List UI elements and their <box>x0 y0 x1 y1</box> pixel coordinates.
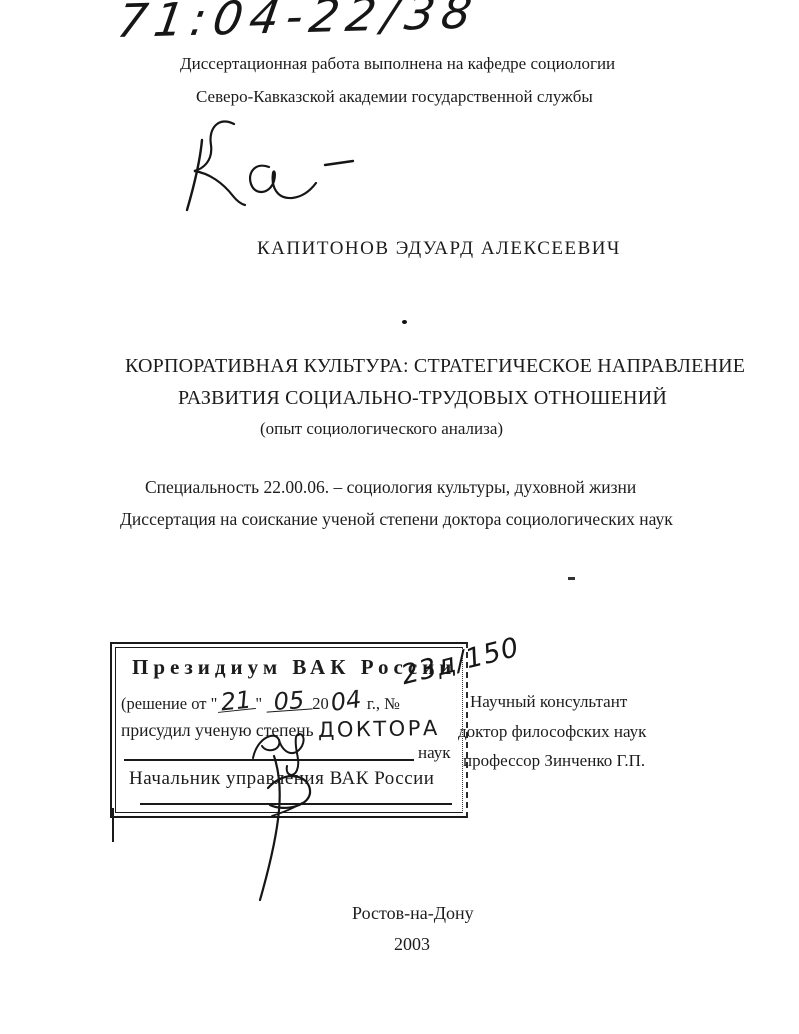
awarded-suffix: наук <box>418 743 451 763</box>
affiliation-line-1: Диссертационная работа выполнена на кафе… <box>180 54 615 74</box>
degree-seek-line: Диссертация на соискание ученой степени … <box>120 509 673 530</box>
official-signature-icon <box>232 748 322 908</box>
specialty-line: Специальность 22.00.06. – социология кул… <box>145 477 636 498</box>
stamp-decision-line: (решение от "21" 052004 г., № <box>121 692 400 714</box>
decision-after-year: г., № <box>367 694 400 713</box>
title-subtitle: (опыт социологического анализа) <box>260 419 503 439</box>
ink-dot <box>402 320 407 324</box>
title-line-2: РАЗВИТИЯ СОЦИАЛЬНО-ТРУДОВЫХ ОТНОШЕНИЙ <box>178 387 667 410</box>
author-signature-icon <box>172 120 372 225</box>
decision-prefix: (решение от " <box>121 694 217 713</box>
catalog-number-handwritten: 71:04-22/38 <box>114 0 482 48</box>
year: 2003 <box>394 934 430 955</box>
consultant-line-3: профессор Зинченко Г.П. <box>463 751 645 771</box>
author-name: КАПИТОНОВ ЭДУАРД АЛЕКСЕЕВИЧ <box>257 238 621 260</box>
consultant-line-1: Научный консультант <box>470 692 627 712</box>
decision-month-handwritten: 05 <box>266 690 313 712</box>
decision-quote: " <box>255 694 262 713</box>
decision-year-printed: 20 <box>312 694 329 713</box>
decision-year-handwritten: 04 <box>328 690 364 713</box>
dissertation-title-page: 71:04-22/38 Диссертационная работа выпол… <box>0 0 799 1034</box>
decision-day-handwritten: 21 <box>216 690 256 713</box>
city: Ростов-на-Дону <box>352 903 474 924</box>
consultant-line-2: доктор философских наук <box>458 722 646 742</box>
title-line-1: КОРПОРАТИВНАЯ КУЛЬТУРА: СТРАТЕГИЧЕСКОЕ Н… <box>125 355 745 378</box>
stray-ink-tick <box>112 808 114 842</box>
scan-speck <box>568 577 575 580</box>
affiliation-line-2: Северо-Кавказской академии государственн… <box>196 87 593 107</box>
